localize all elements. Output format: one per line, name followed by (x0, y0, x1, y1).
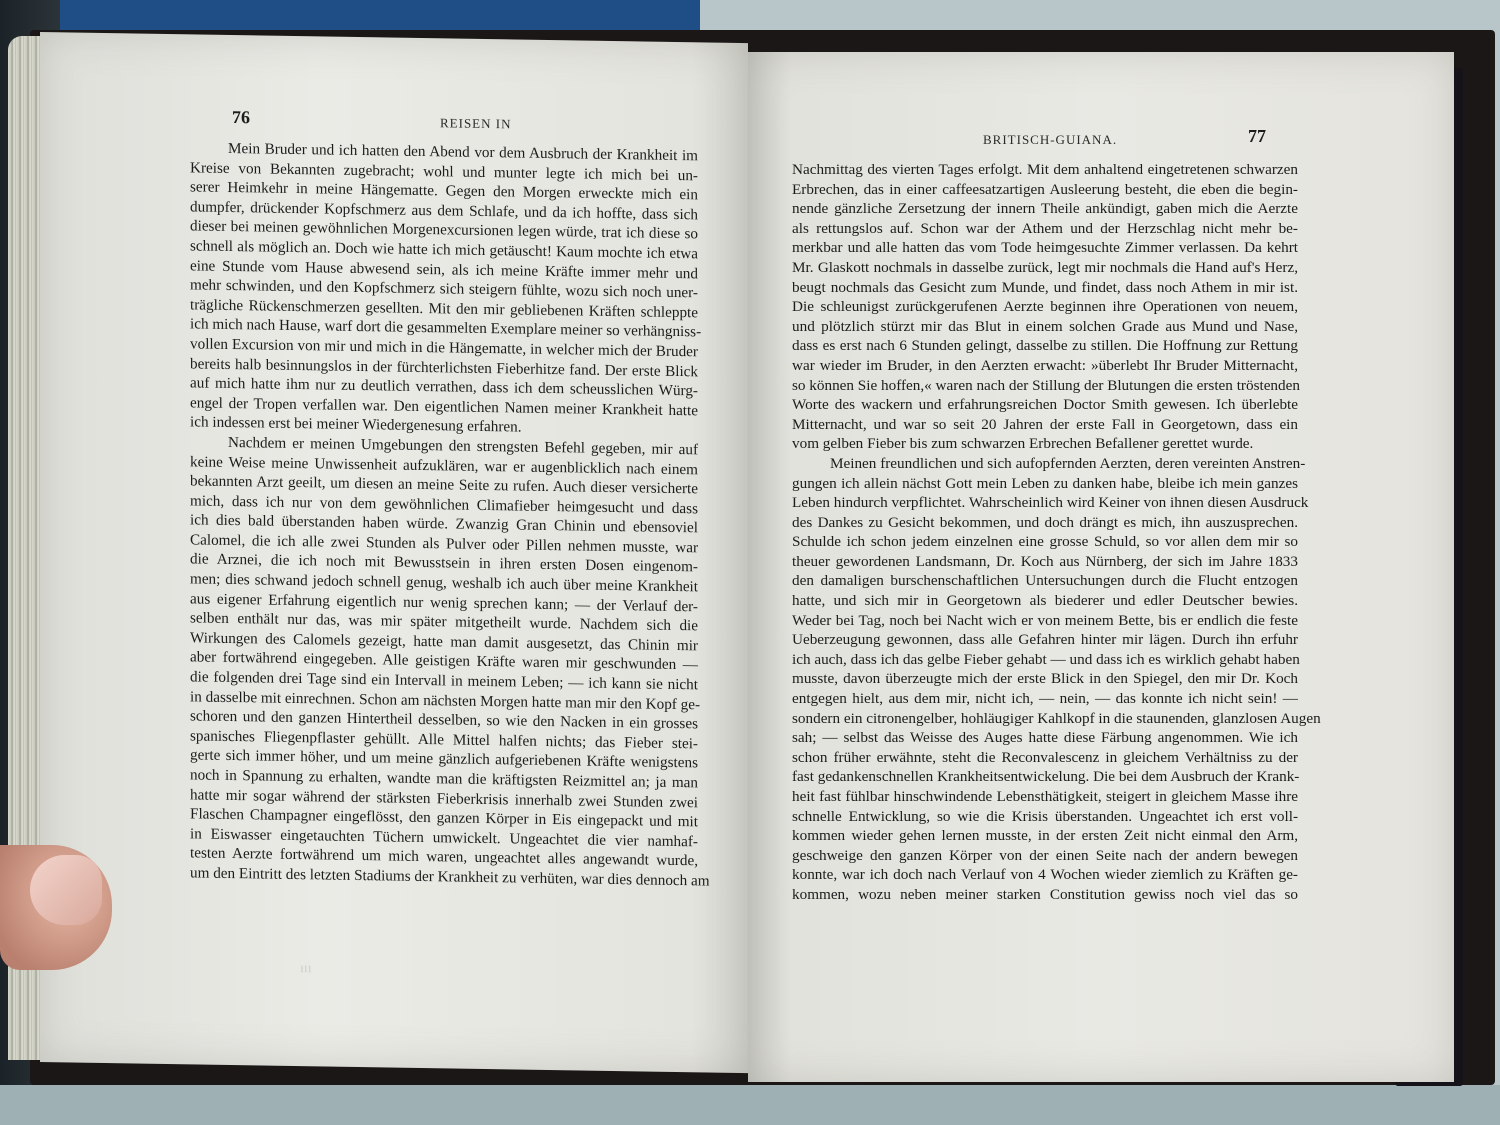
text-line: sondern ein citronengelber, hohläugiger … (792, 709, 1298, 729)
text-line: kommen wieder gehen lernen musste, in de… (792, 826, 1298, 846)
text-line: den damaligen burschenschaftlichen Unter… (792, 571, 1298, 591)
text-line: Mitternacht, und war so seit 20 Jahren d… (792, 415, 1298, 435)
text-line: gungen ich allein nächst Gott mein Leben… (792, 474, 1298, 494)
text-line: theuer gewordenen Landsmann, Dr. Koch au… (792, 552, 1298, 572)
text-line: dass es erst nach 6 Stunden gelingt, das… (792, 336, 1298, 356)
text-line: vom gelben Fieber bis zum schwarzen Erbr… (792, 434, 1298, 454)
text-line: Ueberzeugung gewonnen, dass alle Gefahre… (792, 630, 1298, 650)
text-line: hatte, und sich mir in Georgetown als bi… (792, 591, 1298, 611)
text-line: als rettungslos auf. Schon war der Athem… (792, 219, 1298, 239)
text-line: nende gänzliche Zersetzung der innern Th… (792, 199, 1298, 219)
text-line: Schulde ich schon jedem einzelnen eine g… (792, 532, 1298, 552)
text-line: beugt nochmals das Gesicht zum Munde, un… (792, 278, 1298, 298)
running-head-left: REISEN IN (440, 115, 511, 132)
text-line: schnelle Entwicklung, so wie die Krisis … (792, 807, 1298, 827)
text-line: fast gedankenschnellen Krankheitsentwick… (792, 767, 1298, 787)
text-line: musste, davon überzeugte mich der erste … (792, 669, 1298, 689)
text-line: sah; — selbst das Weisse des Auges hatte… (792, 728, 1298, 748)
right-page-body: Nachmittag des vierten Tages erfolgt. Mi… (792, 160, 1298, 905)
text-line: Die schleunigst zurückgerufenen Aerzte b… (792, 297, 1298, 317)
text-line: Nachmittag des vierten Tages erfolgt. Mi… (792, 160, 1298, 180)
text-line: Leben hindurch verpflichtet. Wahrscheinl… (792, 493, 1298, 513)
text-line: schon früher erwähnte, steht die Reconva… (792, 748, 1298, 768)
show-through-mark: ııı (300, 961, 312, 977)
text-line: und plötzlich stürzt mir das Blut in ein… (792, 317, 1298, 337)
left-page: 76 REISEN IN Mein Bruder und ich hatten … (40, 32, 748, 1073)
text-line: kommen, wozu neben meiner starken Consti… (792, 885, 1298, 905)
text-line: Worte des wackern und erfahrungsreichen … (792, 395, 1298, 415)
text-line: konnte, war ich doch nach Verlauf von 4 … (792, 865, 1298, 885)
text-line: entgegen hielt, aus dem mir, nicht ich, … (792, 689, 1298, 709)
text-line: ich auch, dass ich das gelbe Fieber geha… (792, 650, 1298, 670)
right-page: BRITISCH-GUIANA. 77 Nachmittag des viert… (748, 52, 1454, 1082)
thumbnail (30, 855, 102, 925)
page-number-right: 77 (1248, 126, 1266, 147)
left-page-body: Mein Bruder und ich hatten den Abend vor… (190, 138, 698, 891)
text-line: Mr. Glaskott nochmals in dasselbe zurück… (792, 258, 1298, 278)
text-line: Erbrechen, das in einer caffeesatzartige… (792, 180, 1298, 200)
text-line: merkbar und alle hatten das vom Tode hei… (792, 238, 1298, 258)
page-number-left: 76 (232, 107, 250, 128)
text-line: so können Sie hoffen,« waren nach der St… (792, 376, 1298, 396)
table-surface (0, 1085, 1500, 1125)
thumb-holding-page (0, 845, 112, 970)
text-line: des Dankes zu Gesicht bekommen, und doch… (792, 513, 1298, 533)
text-line: heit fast fühlbar hinschwindende Lebenst… (792, 787, 1298, 807)
text-line: geschweige den ganzen Körper von der ein… (792, 846, 1298, 866)
text-line: Weder bei Tag, noch bei Nacht wich er vo… (792, 611, 1298, 631)
running-head-right: BRITISCH-GUIANA. (983, 132, 1117, 148)
text-line: Meinen freundlichen und sich aufopfernde… (792, 454, 1298, 474)
text-line: war wieder im Bruder, in den Aerzten erw… (792, 356, 1298, 376)
